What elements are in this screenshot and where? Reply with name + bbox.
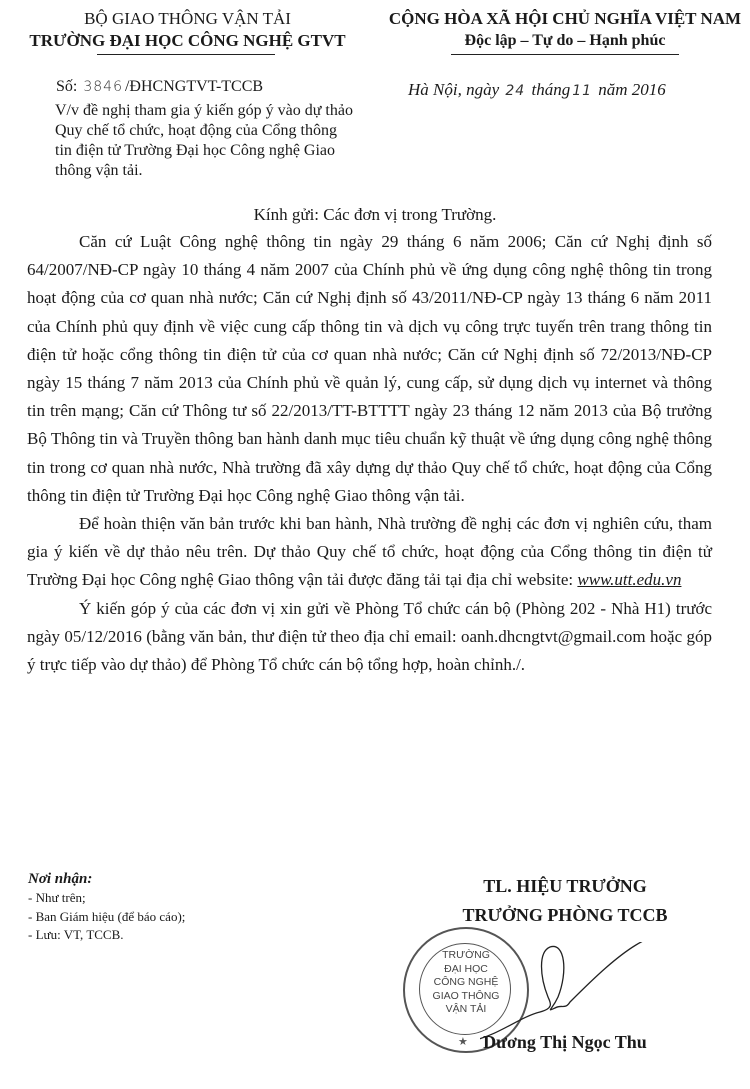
recipients-title: Nơi nhận: bbox=[28, 869, 185, 889]
date-month-label: tháng bbox=[531, 80, 570, 99]
date-month: 11 bbox=[570, 83, 594, 99]
date-day: 24 bbox=[503, 83, 527, 99]
doc-number-suffix: /ĐHCNGTVT-TCCB bbox=[125, 78, 263, 95]
signature-block: TL. HIỆU TRƯỞNG TRƯỞNG PHÒNG TCCB TRƯỜNG… bbox=[380, 872, 750, 930]
school-name: TRƯỜNG ĐẠI HỌC CÔNG NGHỆ GTVT bbox=[0, 30, 375, 52]
signer-authority: TL. HIỆU TRƯỞNG bbox=[380, 872, 750, 901]
recipient-item: - Lưu: VT, TCCB. bbox=[28, 926, 185, 945]
motto-divider bbox=[451, 54, 679, 55]
paragraph-submission: Ý kiến góp ý của các đơn vị xin gửi về P… bbox=[27, 595, 712, 680]
ministry-name: BỘ GIAO THÔNG VẬN TẢI bbox=[0, 8, 375, 30]
issuer-header: BỘ GIAO THÔNG VẬN TẢI TRƯỜNG ĐẠI HỌC CÔN… bbox=[0, 8, 375, 55]
document-number: Số: 3846/ĐHCNGTVT-TCCB bbox=[56, 78, 263, 96]
letter-body: Căn cứ Luật Công nghệ thông tin ngày 29 … bbox=[27, 228, 712, 679]
national-header: CỘNG HÒA XÃ HỘI CHỦ NGHĨA VIỆT NAM Độc l… bbox=[380, 8, 750, 55]
recipient-item: - Như trên; bbox=[28, 889, 185, 908]
national-motto: Độc lập – Tự do – Hạnh phúc bbox=[380, 30, 750, 52]
doc-number-label: Số: bbox=[56, 78, 77, 95]
doc-number-handwritten: 3846 bbox=[81, 79, 125, 95]
signer-title: TRƯỞNG PHÒNG TCCB bbox=[380, 901, 750, 930]
website-link[interactable]: www.utt.edu.vn bbox=[577, 570, 681, 589]
paragraph-request: Để hoàn thiện văn bản trước khi ban hành… bbox=[27, 510, 712, 595]
greeting: Kính gửi: Các đơn vị trong Trường. bbox=[0, 205, 750, 225]
subject-line: V/v đề nghị tham gia ý kiến góp ý vào dự… bbox=[55, 101, 355, 181]
nation-name: CỘNG HÒA XÃ HỘI CHỦ NGHĨA VIỆT NAM bbox=[380, 8, 750, 30]
header-divider bbox=[97, 54, 275, 55]
date-prefix: Hà Nội, ngày bbox=[408, 80, 499, 99]
recipients-block: Nơi nhận: - Như trên; - Ban Giám hiệu (đ… bbox=[28, 869, 185, 945]
issue-date: Hà Nội, ngày 24 tháng11 năm 2016 bbox=[408, 80, 666, 100]
signer-name: Dương Thị Ngọc Thu bbox=[380, 1032, 750, 1053]
recipient-item: - Ban Giám hiệu (để báo cáo); bbox=[28, 908, 185, 927]
paragraph-legal-basis: Căn cứ Luật Công nghệ thông tin ngày 29 … bbox=[27, 228, 712, 510]
date-year: năm 2016 bbox=[598, 80, 666, 99]
